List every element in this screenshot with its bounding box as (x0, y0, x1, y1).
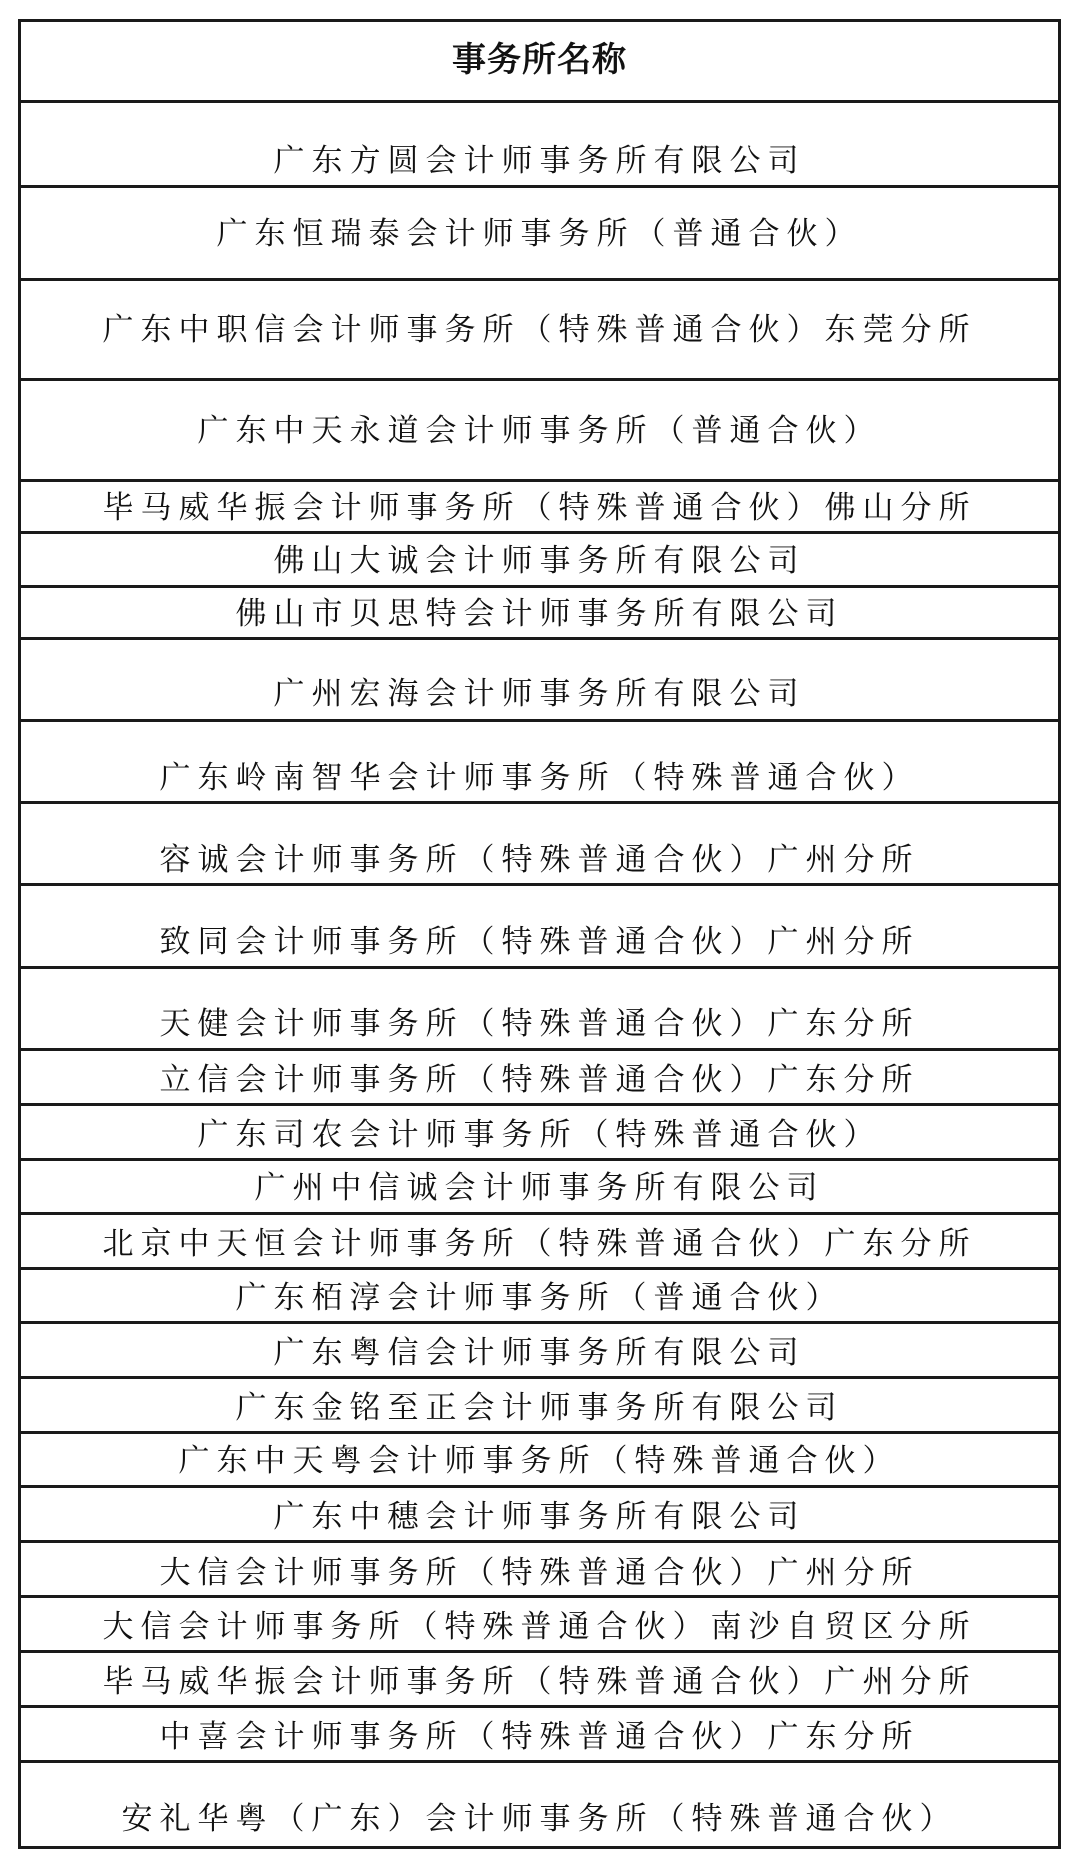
firm-name: 广东中天永道会计师事务所（普通合伙） (21, 413, 1058, 449)
firm-name: 毕马威华振会计师事务所（特殊普通合伙）佛山分所 (21, 490, 1058, 526)
firm-name: 容诚会计师事务所（特殊普通合伙）广州分所 (21, 842, 1058, 878)
table-row: 致同会计师事务所（特殊普通合伙）广州分所 (21, 886, 1058, 969)
firm-name: 广东恒瑞泰会计师事务所（普通合伙） (21, 216, 1058, 252)
table-row: 广东金铭至正会计师事务所有限公司 (21, 1379, 1058, 1434)
firm-name: 北京中天恒会计师事务所（特殊普通合伙）广东分所 (21, 1226, 1058, 1262)
firm-name: 中喜会计师事务所（特殊普通合伙）广东分所 (21, 1719, 1058, 1755)
firm-name: 广东司农会计师事务所（特殊普通合伙） (21, 1117, 1058, 1153)
firm-name: 广东中穗会计师事务所有限公司 (21, 1499, 1058, 1535)
firm-name: 致同会计师事务所（特殊普通合伙）广州分所 (21, 924, 1058, 960)
table-row: 广东中天永道会计师事务所（普通合伙） (21, 381, 1058, 482)
table-row: 佛山大诚会计师事务所有限公司 (21, 534, 1058, 588)
firm-name: 广东中天粤会计师事务所（特殊普通合伙） (21, 1443, 1058, 1479)
firm-name: 天健会计师事务所（特殊普通合伙）广东分所 (21, 1006, 1058, 1042)
firm-name: 广东方圆会计师事务所有限公司 (21, 143, 1058, 179)
table-row: 中喜会计师事务所（特殊普通合伙）广东分所 (21, 1708, 1058, 1763)
table-row: 北京中天恒会计师事务所（特殊普通合伙）广东分所 (21, 1215, 1058, 1270)
table-row: 毕马威华振会计师事务所（特殊普通合伙）佛山分所 (21, 482, 1058, 534)
table-row: 佛山市贝思特会计师事务所有限公司 (21, 588, 1058, 640)
table-row: 立信会计师事务所（特殊普通合伙）广东分所 (21, 1051, 1058, 1106)
table-row: 广东中天粤会计师事务所（特殊普通合伙） (21, 1434, 1058, 1488)
table-row: 广东中穗会计师事务所有限公司 (21, 1488, 1058, 1543)
table-row: 大信会计师事务所（特殊普通合伙）南沙自贸区分所 (21, 1598, 1058, 1653)
table-row: 安礼华粤（广东）会计师事务所（特殊普通合伙） (21, 1763, 1058, 1846)
table-row: 毕马威华振会计师事务所（特殊普通合伙）广州分所 (21, 1653, 1058, 1708)
firm-name: 广东栢淳会计师事务所（普通合伙） (21, 1280, 1058, 1316)
table-row: 大信会计师事务所（特殊普通合伙）广州分所 (21, 1543, 1058, 1598)
firm-name: 广东岭南智华会计师事务所（特殊普通合伙） (21, 760, 1058, 796)
table-row: 广东岭南智华会计师事务所（特殊普通合伙） (21, 722, 1058, 804)
table-row: 广东栢淳会计师事务所（普通合伙） (21, 1270, 1058, 1324)
firm-name: 佛山市贝思特会计师事务所有限公司 (21, 596, 1058, 632)
firm-name: 大信会计师事务所（特殊普通合伙）广州分所 (21, 1555, 1058, 1591)
column-header-firm-name: 事务所名称 (21, 42, 1058, 78)
firm-name: 广州中信诚会计师事务所有限公司 (21, 1170, 1058, 1206)
table-row: 容诚会计师事务所（特殊普通合伙）广州分所 (21, 804, 1058, 886)
table-header-row: 事务所名称 (21, 22, 1058, 103)
firm-name: 立信会计师事务所（特殊普通合伙）广东分所 (21, 1062, 1058, 1098)
table-row: 广州中信诚会计师事务所有限公司 (21, 1161, 1058, 1215)
firm-name: 广州宏海会计师事务所有限公司 (21, 676, 1058, 712)
firm-name: 毕马威华振会计师事务所（特殊普通合伙）广州分所 (21, 1664, 1058, 1700)
table-row: 广东司农会计师事务所（特殊普通合伙） (21, 1106, 1058, 1161)
firm-name: 广东中职信会计师事务所（特殊普通合伙）东莞分所 (21, 312, 1058, 348)
firm-name: 佛山大诚会计师事务所有限公司 (21, 543, 1058, 579)
firm-name: 广东金铭至正会计师事务所有限公司 (21, 1390, 1058, 1426)
table-row: 天健会计师事务所（特殊普通合伙）广东分所 (21, 969, 1058, 1051)
firm-name: 安礼华粤（广东）会计师事务所（特殊普通合伙） (21, 1801, 1058, 1837)
table-row: 广东粤信会计师事务所有限公司 (21, 1324, 1058, 1379)
table-row: 广东方圆会计师事务所有限公司 (21, 103, 1058, 188)
table-row: 广州宏海会计师事务所有限公司 (21, 640, 1058, 722)
table-row: 广东恒瑞泰会计师事务所（普通合伙） (21, 188, 1058, 281)
table-row: 广东中职信会计师事务所（特殊普通合伙）东莞分所 (21, 281, 1058, 381)
firm-name: 大信会计师事务所（特殊普通合伙）南沙自贸区分所 (21, 1609, 1058, 1645)
accounting-firms-table: 事务所名称 广东方圆会计师事务所有限公司 广东恒瑞泰会计师事务所（普通合伙） 广… (18, 19, 1061, 1849)
firm-name: 广东粤信会计师事务所有限公司 (21, 1335, 1058, 1371)
